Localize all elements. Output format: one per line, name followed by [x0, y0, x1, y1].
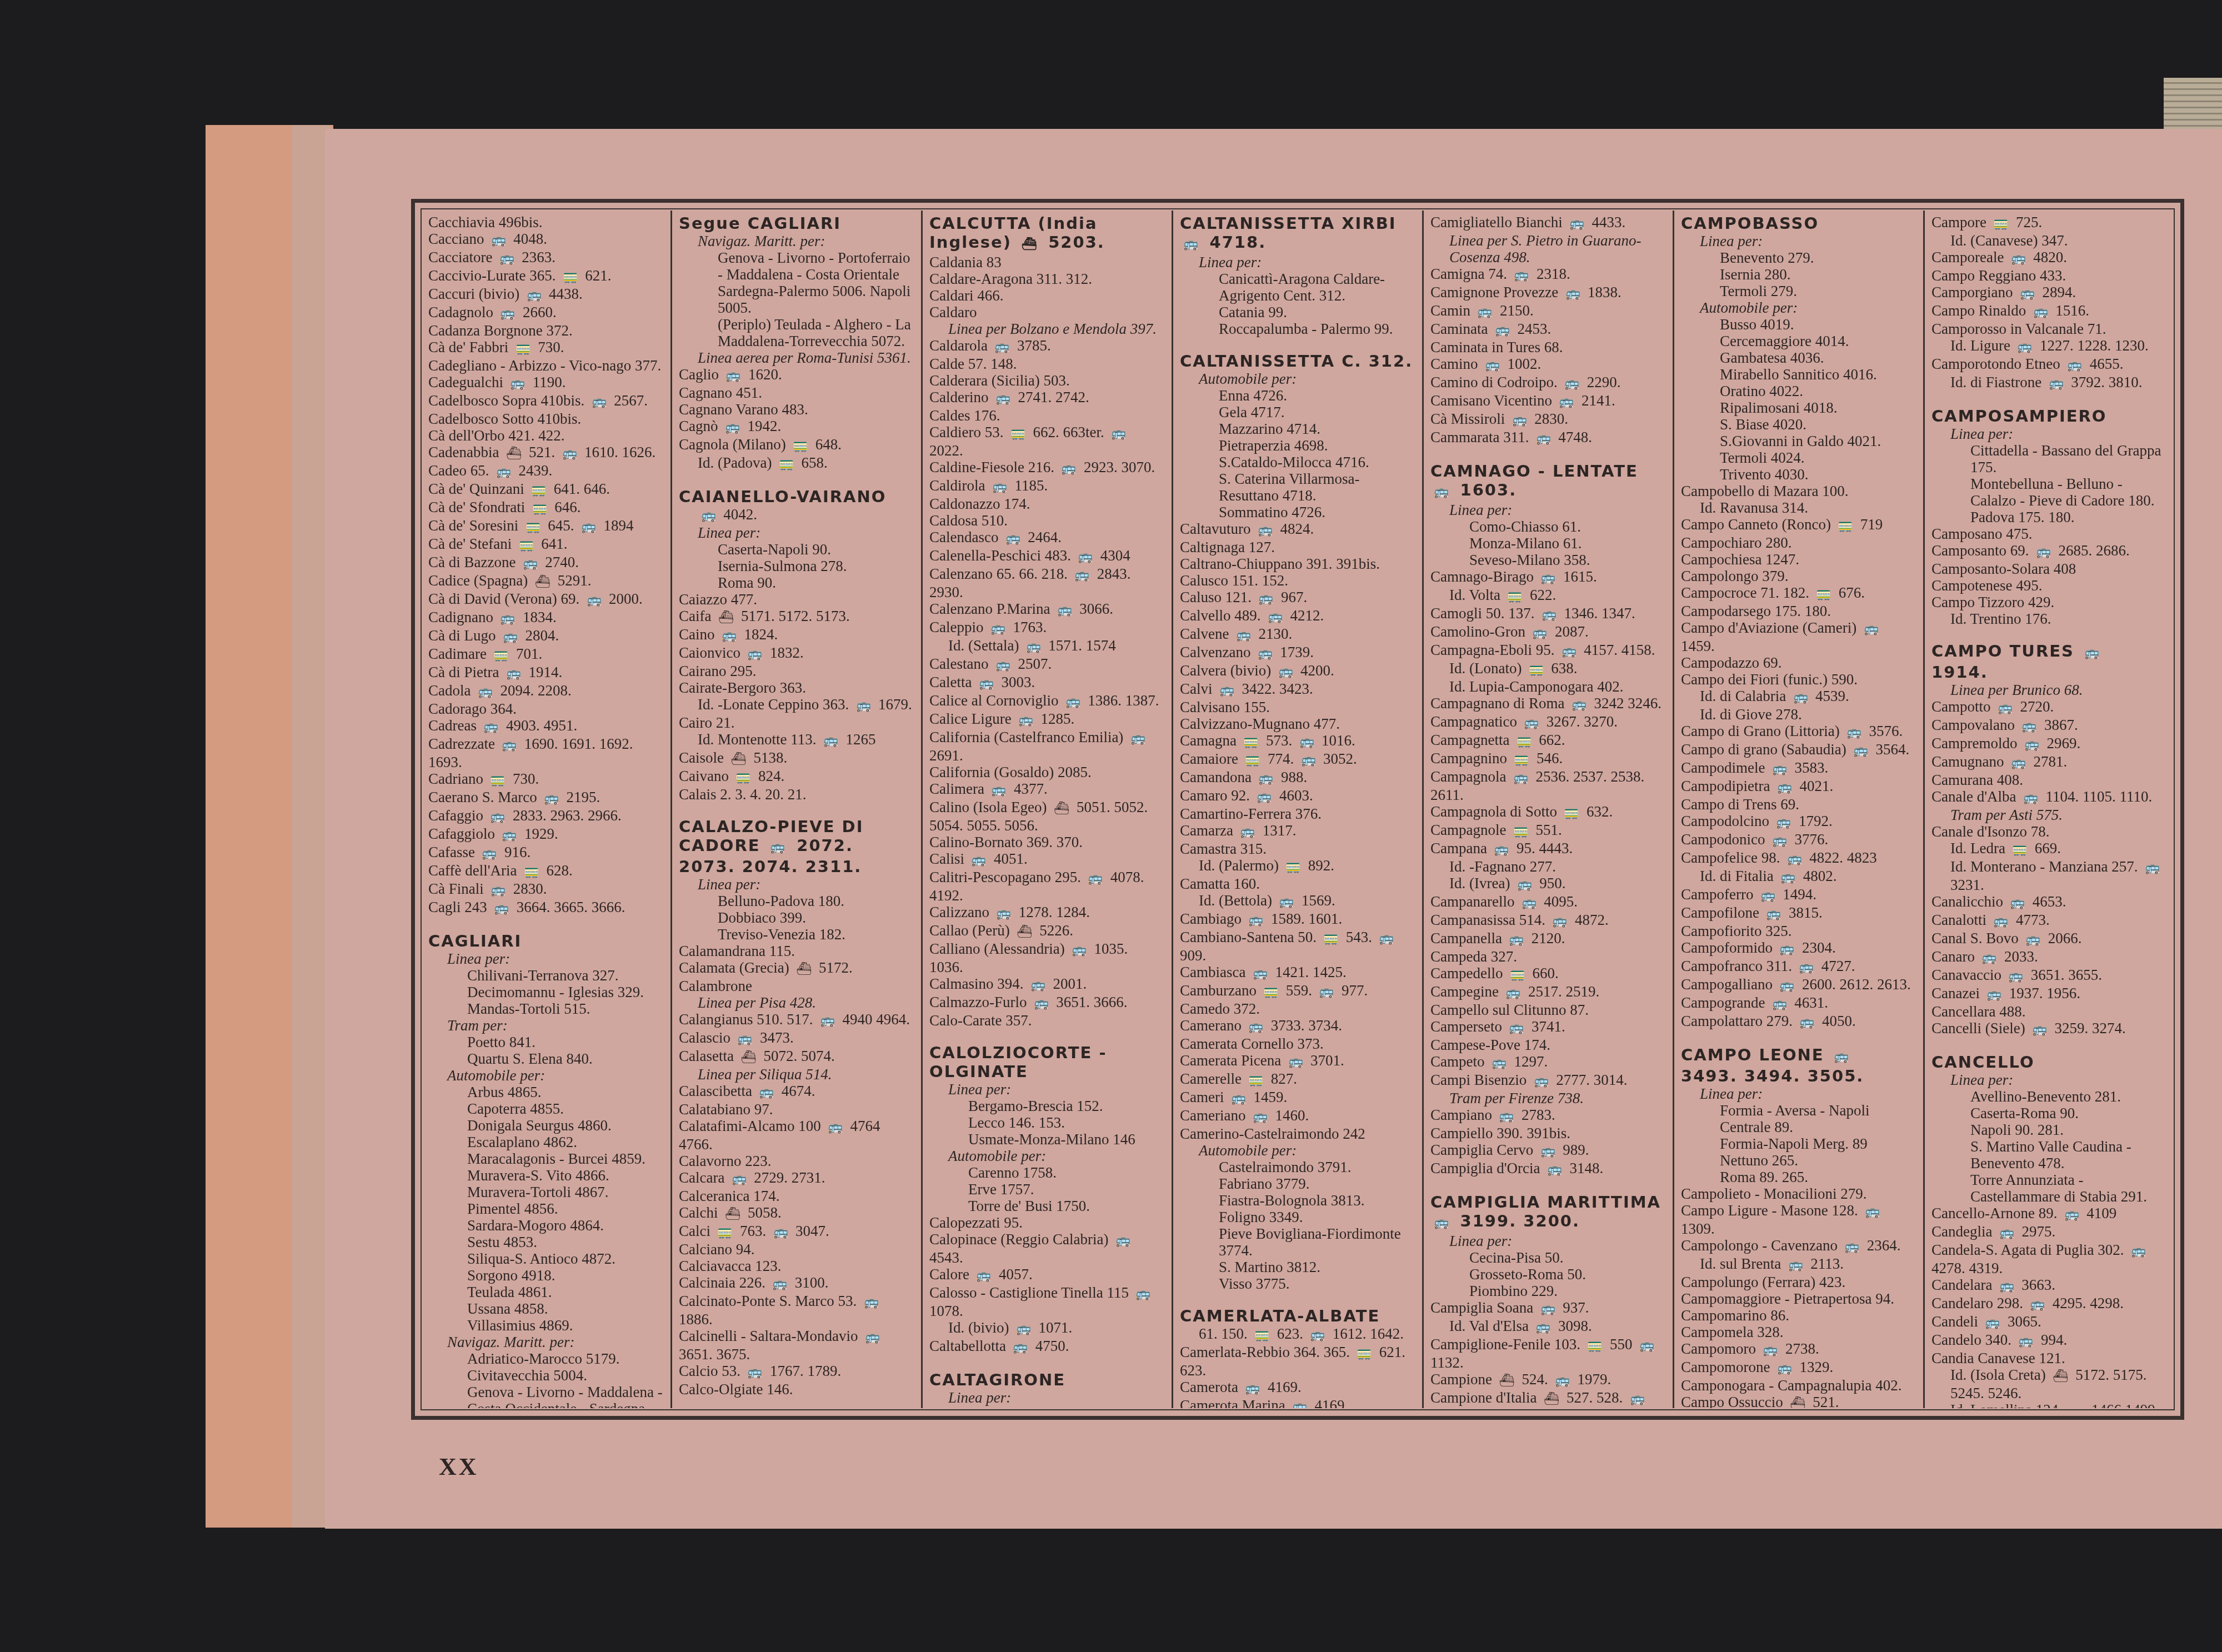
car-icon: 🚌 [523, 555, 538, 572]
index-sub-entry: Roccapalumba - Palermo 99. [1180, 321, 1414, 337]
index-entry: Calizzano 🚌 1278. 1284. [929, 904, 1164, 922]
car-icon: 🚌 [1517, 877, 1532, 893]
index-sub-entry: S. Martino 3812. [1180, 1259, 1414, 1275]
index-subheading: Navigaz. Maritt. per: [428, 1334, 663, 1350]
index-entry: Camogli 50. 137. 🚌 1346. 1347. [1430, 605, 1665, 623]
index-entry: Campremoldo 🚌 2969. [1931, 735, 2166, 753]
index-entry: Cà di David (Verona) 69. 🚌 2000. [428, 590, 663, 609]
index-id-entry: Id. Volta 🚃 622. [1430, 587, 1665, 605]
index-entry: Cancelli (Siele) 🚌 3259. 3274. [1931, 1020, 2166, 1038]
index-entry: Campodipietra 🚌 4021. [1681, 778, 1915, 796]
index-column-4: CALTANISSETTA XIRBI 🚌 4718.Linea per:Can… [1172, 211, 1422, 1408]
index-entry: Caldine-Fiesole 216. 🚌 2923. 3070. [929, 459, 1164, 477]
car-icon: 🚌 [992, 782, 1007, 799]
index-entry: Calenzano P.Marina 🚌 3066. [929, 600, 1164, 619]
index-entry: Campofilone 🚌 3815. [1681, 904, 1915, 923]
index-entry: Campione ⛴ 524. 🚌 1979. [1430, 1371, 1665, 1389]
tram-icon: 🚃 [1286, 859, 1301, 875]
car-icon: 🚌 [773, 1276, 788, 1293]
car-icon: 🚌 [1536, 430, 1551, 447]
index-sub-entry: Muravera-S. Vito 4866. [428, 1167, 663, 1184]
car-icon: 🚌 [1258, 645, 1273, 662]
car-icon: 🚌 [1509, 932, 1524, 948]
car-icon: 🚌 [1555, 1373, 1570, 1389]
index-entry: Calvera (bivio) 🚌 4200. [1180, 662, 1414, 680]
index-sub-entry: Isernia-Sulmona 278. [679, 558, 913, 574]
car-icon: 🚌 [1547, 1162, 1562, 1178]
ship-icon: ⛴ [741, 1049, 757, 1066]
index-entry: Campodonico 🚌 3776. [1681, 831, 1915, 849]
index-sub-entry: Erve 1757. [929, 1181, 1164, 1198]
index-entry: Calvisano 155. [1180, 699, 1414, 715]
index-entry: California (Castelfranco Emilia) 🚌 2691. [929, 729, 1164, 764]
index-sub-entry: S. Caterina Villarmosa-Resuttano 4718. [1180, 470, 1414, 504]
car-icon: 🚌 [1111, 425, 1126, 442]
car-icon: 🚌 [1278, 664, 1293, 680]
index-entry: Cameri 🚌 1459. [1180, 1089, 1414, 1107]
index-entry: Cadola 🚌 2094. 2208. [428, 682, 663, 700]
index-entry: Cairo 21. [679, 714, 913, 731]
ship-icon: ⛴ [2053, 1368, 2068, 1385]
index-subheading: Automobile per: [1681, 299, 1915, 316]
ship-icon: ⛴ [1790, 1395, 1805, 1408]
index-entry: Camigna 74. 🚌 2318. [1430, 266, 1665, 284]
car-icon: 🚌 [1994, 913, 2009, 930]
index-entry: Caleppio 🚌 1763. [929, 619, 1164, 637]
car-icon: 🚌 [2032, 1022, 2047, 1038]
index-sub-entry: Fabriano 3779. [1180, 1175, 1414, 1192]
index-heading: CAMPO TURES 🚌 1914. [1931, 642, 2166, 682]
index-entry: Campagnola di Sotto 🚃 632. [1430, 803, 1665, 822]
car-icon: 🚌 [1799, 959, 1814, 976]
index-entry: Campofranco 311. 🚌 4727. [1681, 958, 1915, 976]
index-entry: Calice Ligure 🚌 1285. [929, 710, 1164, 729]
index-entry: Camerano 🚌 3733. 3734. [1180, 1017, 1414, 1035]
car-icon: 🚌 [1005, 530, 1020, 547]
tram-icon: 🚃 [2013, 842, 2028, 858]
car-icon: 🚌 [2010, 895, 2025, 912]
index-entry: Campochiesa 1247. [1681, 551, 1915, 568]
car-icon: 🚌 [1793, 689, 1808, 706]
index-sub-entry: Benevento 279. [1681, 249, 1915, 266]
index-entry: Camporosso in Valcanale 71. [1931, 321, 2166, 337]
car-icon: 🚌 [1016, 1321, 1031, 1338]
car-icon: 🚌 [2030, 1296, 2045, 1313]
index-subheading: Automobile per: [428, 1067, 663, 1084]
index-entry: Cà de' Soresini 🚃 645. 🚌 1894 [428, 517, 663, 535]
index-sub-entry: Pieve Bovigliana-Fiordimonte 3774. [1180, 1225, 1414, 1259]
car-icon: 🚌 [1780, 869, 1795, 886]
index-entry: Cagnola (Milano) 🚃 648. [679, 436, 913, 454]
index-entry: Caldari 466. [929, 287, 1164, 304]
index-sub-entry: Sardara-Mogoro 4864. [428, 1217, 663, 1234]
index-entry: Campodazzo 69. [1681, 654, 1915, 671]
index-sub-entry: Nettuno 265. [1681, 1152, 1915, 1169]
index-subheading: Linea per Brunico 68. [1931, 682, 2166, 698]
index-entry: Calco-Olgiate 146. [679, 1381, 913, 1398]
car-icon: 🚌 [2018, 339, 2033, 356]
index-entry: Campolungo (Ferrara) 423. [1681, 1274, 1915, 1290]
index-entry: Cambiano-Santena 50. 🚃 543. 🚌 909. [1180, 929, 1414, 964]
car-icon: 🚌 [1258, 522, 1273, 539]
index-sub-entry: Pimentel 4856. [428, 1200, 663, 1217]
ship-icon: ⛴ [1499, 1373, 1515, 1389]
car-icon: 🚌 [977, 1268, 992, 1284]
index-entry: Calasetta ⛴ 5072. 5074. [679, 1048, 913, 1066]
index-entry: Campore 🚃 725. [1931, 214, 2166, 232]
index-id-entry: Id. Ravanusa 314. [1681, 499, 1915, 516]
index-sub-entry: Enna 4726. [1180, 387, 1414, 404]
car-icon: 🚌 [499, 251, 514, 267]
car-icon: 🚌 [828, 1119, 843, 1136]
car-icon: 🚌 [1846, 724, 1861, 741]
car-icon: 🚌 [1562, 643, 1577, 660]
index-entry: Caltabellotta 🚌 4750. [929, 1338, 1164, 1356]
index-entry: Cadegliano - Arbizzo - Vico-nago 377. [428, 357, 663, 374]
index-sub-entry: Capoterra 4855. [428, 1100, 663, 1117]
index-sub-entry: Mazzarino 4714. [1180, 420, 1414, 437]
index-sub-entry: Catania 99. [1180, 304, 1414, 321]
index-sub-entry: Formia - Aversa - Napoli Centrale 89. [1681, 1102, 1915, 1135]
index-sub-entry: Canicattì-Aragona Caldare-Agrigento Cent… [1180, 271, 1414, 304]
car-icon: 🚌 [1553, 913, 1568, 930]
index-entry: Campagnole 🚃 551. [1430, 822, 1665, 840]
index-entry: Campo di Grano (Littoria) 🚌 3576. [1681, 723, 1915, 741]
index-entry: Camporeale 🚌 4820. [1931, 249, 2166, 267]
car-icon: 🚌 [501, 306, 516, 322]
index-entry: Canale d'Isonzo 78. [1931, 823, 2166, 840]
index-sub-entry: Pietraperzia 4698. [1180, 437, 1414, 454]
index-entry: Canal S. Bovo 🚌 2066. [1931, 930, 2166, 948]
index-entry: Calambrone [679, 978, 913, 994]
index-id-entry: Id. Trentino 176. [1931, 610, 2166, 627]
index-sub-entry: Castelraimondo 3791. [1180, 1159, 1414, 1175]
index-heading: CALOLZIOCORTE - OLGINATE [929, 1043, 1164, 1081]
car-icon: 🚌 [1319, 984, 1334, 1000]
tram-icon: 🚃 [1324, 930, 1339, 947]
index-entry: Calisi 🚌 4051. [929, 850, 1164, 869]
index-id-entry: Id. di Fiastrone 🚌 3792. 3810. [1931, 374, 2166, 392]
tram-icon: 🚃 [516, 341, 531, 357]
index-heading: CANCELLO [1931, 1053, 2166, 1072]
car-icon: 🚌 [1183, 235, 1199, 254]
index-id-entry: Id. (Canavese) 347. [1931, 232, 2166, 249]
index-entry: Calliano (Alessandria) 🚌 1035. 1036. [929, 940, 1164, 975]
car-icon: 🚌 [1514, 267, 1529, 284]
index-heading: CAMPOBASSO [1681, 214, 1915, 233]
index-entry: Caisole ⛴ 5138. [679, 749, 913, 768]
index-entry: Cadeo 65. 🚌 2439. [428, 462, 663, 480]
index-id-entry: Id. sul Brenta 🚌 2113. [1681, 1255, 1915, 1274]
ship-icon: ⛴ [1054, 800, 1069, 817]
index-entry: Calvello 489. 🚌 4212. [1180, 607, 1414, 625]
index-sub-entry: Busso 4019. [1681, 316, 1915, 333]
car-icon: 🚌 [592, 394, 607, 411]
index-sub-entry: S.Cataldo-Milocca 4716. [1180, 454, 1414, 470]
car-icon: 🚌 [2011, 755, 2026, 772]
index-heading: CAMPO LEONE 🚌 3493. 3494. 3505. [1681, 1045, 1915, 1085]
index-entry: Campogalliano 🚌 2600. 2612. 2613. [1681, 976, 1915, 994]
index-entry: Caldosa 510. [929, 512, 1164, 529]
index-entry: Camatta 160. [1180, 875, 1414, 892]
index-entry: Campodimele 🚌 3583. [1681, 759, 1915, 778]
index-entry: Cancello-Arnone 89. 🚌 4109 [1931, 1205, 2166, 1223]
index-entry: Calamandrana 115. [679, 943, 913, 959]
car-icon: 🚌 [1763, 1342, 1778, 1359]
car-icon: 🚌 [1485, 357, 1500, 374]
index-sub-entry: Monza-Milano 61. [1430, 535, 1665, 552]
index-entry: Campese-Pove 174. [1430, 1037, 1665, 1053]
index-entry: Calci 🚃 763. 🚌 3047. [679, 1223, 913, 1241]
index-entry: Campovalano 🚌 3867. [1931, 717, 2166, 735]
index-entry: Caffè dell'Aria 🚃 628. [428, 862, 663, 880]
index-entry: Camisano Vicentino 🚌 2141. [1430, 392, 1665, 411]
index-sub-entry: Donigala Seurgus 4860. [428, 1117, 663, 1134]
index-id-entry: Id. (bivio) 🚌 1071. [929, 1319, 1164, 1338]
index-entry: Cà di Bazzone 🚌 2740. [428, 554, 663, 572]
index-subheading: Linea per: [929, 1081, 1164, 1098]
index-entry: Camerino-Castelraimondo 242 [1180, 1125, 1414, 1142]
index-id-entry: Id. Montenotte 113. 🚌 1265 [679, 731, 913, 749]
index-sub-entry: Termoli 279. [1681, 283, 1915, 299]
car-icon: 🚌 [1292, 1399, 1307, 1408]
index-entry: Candelaro 298. 🚌 4295. 4298. [1931, 1295, 2166, 1313]
index-entry: Calenzano 65. 66. 218. 🚌 2843. 2930. [929, 565, 1164, 600]
index-column-5: Camigliatello Bianchi 🚌 4433.Linea per S… [1422, 211, 1673, 1408]
tram-icon: 🚃 [1838, 518, 1853, 534]
index-entry: Camigliatello Bianchi 🚌 4433. [1430, 214, 1665, 232]
index-id-entry: 61. 150. 🚃 623. 🚌 1612. 1642. [1180, 1325, 1414, 1344]
index-sub-entry: Ripalimosani 4018. [1681, 399, 1915, 416]
index-subheading: Automobile per: [1180, 371, 1414, 387]
car-icon: 🚌 [1245, 1380, 1260, 1397]
index-entry: Campagnetta 🚃 662. [1430, 732, 1665, 750]
car-icon: 🚌 [1065, 694, 1080, 710]
ship-icon: ⛴ [731, 751, 747, 768]
car-icon: 🚌 [1777, 1360, 1792, 1377]
car-icon: 🚌 [1253, 965, 1268, 982]
index-entry: Cadelbosco Sopra 410bis. 🚌 2567. [428, 392, 663, 411]
index-entry: Camerota Marina 🚌 4169. [1180, 1397, 1414, 1408]
ship-icon: ⛴ [1022, 235, 1038, 254]
index-entry: Camignone Provezze 🚌 1838. [1430, 284, 1665, 302]
index-entry: Cambiasca 🚌 1421. 1425. [1180, 964, 1414, 982]
index-entry: Campione d'Italia ⛴ 527. 528. 🚌 1638. 16… [1430, 1389, 1665, 1408]
index-sub-entry: Napoli 90. 281. [1931, 1122, 2166, 1138]
car-icon: 🚌 [1998, 700, 2013, 717]
tram-icon: 🚃 [532, 482, 547, 499]
index-sub-entry: Termoli 4024. [1681, 449, 1915, 466]
index-heading: CAGLIARI [428, 932, 663, 950]
car-icon: 🚌 [823, 733, 838, 749]
index-sub-entry: Roma 89. 265. [1681, 1169, 1915, 1185]
car-icon: 🚌 [1499, 1108, 1514, 1125]
car-icon: 🚌 [478, 684, 493, 700]
tram-icon: 🚃 [1564, 805, 1579, 822]
car-icon: 🚌 [1772, 761, 1787, 778]
car-icon: 🚌 [1509, 1020, 1524, 1037]
index-subheading: Linea per: [679, 524, 913, 541]
index-entry: Cadimare 🚃 701. [428, 645, 663, 664]
car-icon: 🚌 [1772, 996, 1787, 1013]
index-entry: Caminata 🚌 2453. [1430, 321, 1665, 339]
index-subheading: Linea per Pisa 428. [679, 994, 913, 1011]
car-icon: 🚌 [1030, 977, 1045, 994]
index-entry: Caldes 176. [929, 407, 1164, 424]
index-entry: Campomoro 🚌 2738. [1681, 1340, 1915, 1359]
index-entry: Calendasco 🚌 2464. [929, 529, 1164, 547]
car-icon: 🚌 [1034, 995, 1049, 1012]
index-entry: Cairate-Bergoro 363. [679, 679, 913, 696]
index-sub-entry: S. Biase 4020. [1681, 416, 1915, 433]
car-icon: 🚌 [2064, 1207, 2079, 1223]
index-id-entry: Id. (Ivrea) 🚌 950. [1430, 875, 1665, 893]
car-icon: 🚌 [1630, 1391, 1645, 1408]
index-entry: Calchi ⛴ 5058. [679, 1204, 913, 1223]
tram-icon: 🚃 [1264, 984, 1279, 1000]
index-sub-entry: Formia-Napoli Merg. 89 [1681, 1135, 1915, 1152]
index-subheading: Linea per: [1931, 425, 2166, 442]
index-sub-entry: Avellino-Benevento 281. [1931, 1088, 2166, 1105]
index-entry: Campochiaro 280. [1681, 534, 1915, 551]
car-icon: 🚌 [506, 665, 521, 682]
index-sub-entry: Caserta-Roma 90. [1931, 1105, 2166, 1122]
index-entry: Campoferro 🚌 1494. [1681, 886, 1915, 904]
car-icon: 🚌 [1800, 1014, 1815, 1031]
index-sub-entry: Mirabello Sannitico 4016. [1681, 366, 1915, 383]
index-id-entry: Id. (Isola Creta) ⛴ 5172. 5175. 5245. 52… [1931, 1366, 2166, 1401]
index-entry: Camerata Cornello 373. [1180, 1035, 1414, 1052]
index-sub-entry: Piombino 229. [1430, 1283, 1665, 1299]
index-entry: Campo d'Aviazione (Cameri) 🚌 1459. [1681, 619, 1915, 654]
car-icon: 🚌 [1078, 549, 1093, 565]
index-sub-entry: Gambatesa 4036. [1681, 349, 1915, 366]
index-entry: Camporgiano 🚌 2894. [1931, 284, 2166, 302]
car-icon: 🚌 [1268, 609, 1283, 625]
tram-icon: 🚃 [1510, 967, 1525, 983]
car-icon: 🚌 [1787, 851, 1802, 868]
index-entry: Campomarino 86. [1681, 1307, 1915, 1324]
car-icon: 🚌 [1987, 987, 2002, 1003]
car-icon: 🚌 [1853, 743, 1868, 759]
index-entry: Calice al Cornoviglio 🚌 1386. 1387. [929, 692, 1164, 710]
index-entry: Camino 🚌 1002. [1430, 356, 1665, 374]
index-entry: Campocroce 71. 182. 🚃 676. [1681, 584, 1915, 603]
index-entry: Campedello 🚃 660. [1430, 965, 1665, 983]
index-sub-entry: Civitavecchia 5004. [428, 1367, 663, 1384]
index-entry: Cacciatore 🚌 2363. [428, 249, 663, 267]
index-entry: Calino (Isola Egeo) ⛴ 5051. 5052. 5054. … [929, 799, 1164, 834]
index-entry: Calimera 🚌 4377. [929, 780, 1164, 799]
index-entry: Calestano 🚌 2507. [929, 655, 1164, 674]
index-entry: Caldirola 🚌 1185. [929, 477, 1164, 495]
index-entry: Campiglia Cervo 🚌 989. [1430, 1142, 1665, 1160]
car-icon: 🚌 [2036, 544, 2051, 560]
index-entry: Camin 🚌 2150. [1430, 302, 1665, 321]
index-entry: Campotto 🚌 2720. [1931, 698, 2166, 717]
tram-icon: 🚃 [1249, 1072, 1264, 1089]
index-entry: Cà de' Fabbri 🚃 730. [428, 339, 663, 357]
index-entry: Candelo 340. 🚌 994. [1931, 1331, 2166, 1350]
index-column-2: Segue CAGLIARINavigaz. Maritt. per:Genov… [670, 211, 921, 1408]
index-sub-entry: Trivento 4030. [1681, 466, 1915, 483]
index-entry: Cadriano 🚃 730. [428, 770, 663, 789]
index-entry: Campodolcino 🚌 1792. [1681, 813, 1915, 831]
index-entry: Caldarola 🚌 3785. [929, 337, 1164, 356]
index-heading: CALTANISSETTA C. 312. [1180, 352, 1414, 371]
index-entry: Camastra 315. [1180, 840, 1414, 857]
car-icon: 🚌 [1253, 1109, 1268, 1125]
car-icon: 🚌 [773, 1224, 788, 1241]
index-sub-entry: Usmate-Monza-Milano 146 [929, 1131, 1164, 1148]
index-entry: Cà de' Stefani 🚃 641. [428, 535, 663, 554]
index-entry: Calvenzano 🚌 1739. [1180, 644, 1414, 662]
index-sub-entry: Escalaplano 4862. [428, 1134, 663, 1150]
index-entry: Calavorno 223. [679, 1153, 913, 1169]
index-heading: CALTAGIRONE [929, 1370, 1164, 1389]
index-sub-entry: Cecina-Pisa 50. [1430, 1249, 1665, 1266]
index-entry: Cacchiavia 496bis. [428, 214, 663, 231]
index-entry: Cagnano Varano 483. [679, 401, 913, 418]
tram-icon: 🚃 [563, 269, 578, 286]
index-sub-entry: Decimomannu - Iglesias 329. [428, 984, 663, 1000]
index-entry: Campiglia Soana 🚌 937. [1430, 1299, 1665, 1318]
car-icon: 🚌 [1072, 942, 1087, 959]
index-sub-entry: Dobbiaco 399. [679, 909, 913, 926]
car-icon: 🚌 [1236, 627, 1251, 644]
index-entry: Campo Tizzoro 429. [1931, 594, 2166, 610]
index-entry: Camporotondo Etneo 🚌 4655. [1931, 356, 2166, 374]
index-entry: Camposanto-Solara 408 [1931, 560, 2166, 577]
index-entry: Calcara 🚌 2729. 2731. [679, 1169, 913, 1188]
index-sub-entry: S.Giovanni in Galdo 4021. [1681, 433, 1915, 449]
tram-icon: 🚃 [1517, 733, 1532, 750]
index-entry: Cadorago 364. [428, 700, 663, 717]
car-icon: 🚌 [995, 657, 1010, 674]
tram-icon: 🚃 [1245, 752, 1260, 769]
tram-icon: 🚃 [491, 772, 506, 789]
car-icon: 🚌 [1057, 602, 1072, 619]
car-icon: 🚌 [1478, 304, 1493, 321]
car-icon: 🚌 [1495, 322, 1510, 339]
index-entry: Cammarata 311. 🚌 4748. [1430, 429, 1665, 447]
car-icon: 🚌 [722, 628, 737, 644]
index-entry: Caletta 🚌 3003. [929, 674, 1164, 692]
index-sub-entry: Villasimius 4869. [428, 1317, 663, 1334]
car-icon: 🚌 [990, 620, 1005, 637]
index-id-entry: Id. Lupia-Camponogara 402. [1430, 678, 1665, 695]
index-entry: Calitri-Pescopagano 295. 🚌 4078. 4192. [929, 869, 1164, 904]
index-entry: Camagna 🚃 573. 🚌 1016. [1180, 732, 1414, 750]
index-entry: Caiazzo 477. [679, 591, 913, 608]
index-sub-entry: Ussana 4858. [428, 1300, 663, 1317]
index-entry: Canazei 🚌 1937. 1956. [1931, 985, 2166, 1003]
car-icon: 🚌 [502, 827, 517, 844]
index-entry: Calcinelli - Saltara-Mondavio 🚌 3651. 36… [679, 1328, 913, 1363]
index-entry: Camugnano 🚌 2781. [1931, 753, 2166, 772]
car-icon: 🚌 [1219, 682, 1234, 699]
tram-icon: 🚃 [718, 1224, 733, 1241]
index-sub-entry: (Periplo) Teulada - Alghero - La Maddale… [679, 316, 913, 349]
index-sub-entry: Padova 175. 180. [1931, 509, 2166, 525]
car-icon: 🚌 [1130, 730, 1145, 747]
index-sub-entry: Catania 317. [929, 1406, 1164, 1408]
index-subheading: Linea per: [929, 1389, 1164, 1406]
car-icon: 🚌 [1136, 1286, 1151, 1303]
index-sub-entry: Isernia 280. [1681, 266, 1915, 283]
index-entry: Campo di Trens 69. [1681, 796, 1915, 813]
index-sub-entry: Bergamo-Brescia 152. [929, 1098, 1164, 1114]
